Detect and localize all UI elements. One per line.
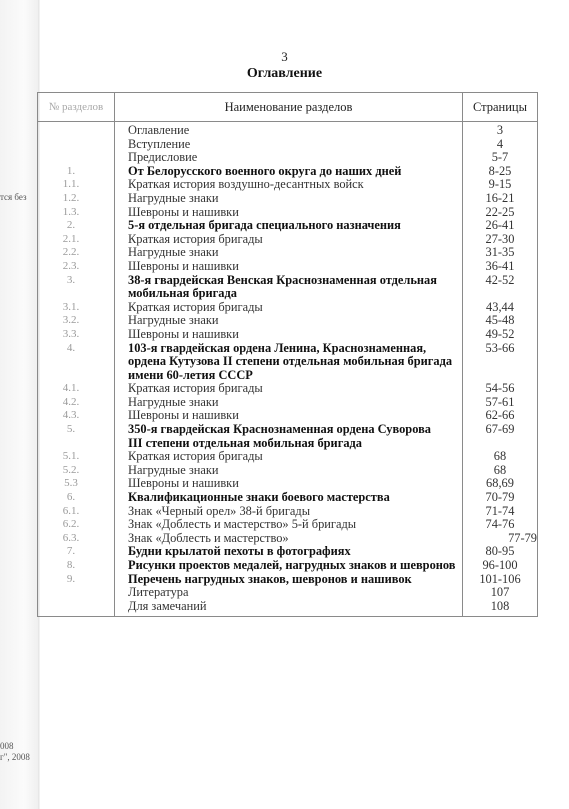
section-number: 4. xyxy=(38,342,115,356)
section-pages: 4 xyxy=(463,138,537,152)
section-title: Шевроны и нашивки xyxy=(115,260,463,274)
margin-fragment: тся без xyxy=(0,192,27,202)
section-title: Знак «Черный орел» 38-й бригады xyxy=(115,505,463,519)
table-row: 5.2.Нагрудные знаки68 xyxy=(38,464,537,478)
table-row: 6.1.Знак «Черный орел» 38-й бригады71-74 xyxy=(38,505,537,519)
section-pages: 107 xyxy=(463,586,537,600)
table-row: 4.1.Краткая история бригады54-56 xyxy=(38,382,537,396)
section-number: 1.1. xyxy=(38,178,115,192)
table-row: 4.103-я гвардейская ордена Ленина, Красн… xyxy=(38,342,537,356)
section-number: 1.2. xyxy=(38,192,115,206)
section-number xyxy=(38,437,115,451)
section-pages xyxy=(463,437,537,451)
table-row: 6.Квалификационные знаки боевого мастерс… xyxy=(38,491,537,505)
section-pages: 101-106 xyxy=(463,573,537,587)
section-pages: 77-79 xyxy=(463,532,537,546)
table-row: 7.Будни крылатой пехоты в фотографиях80-… xyxy=(38,545,537,559)
table-row: 4.2.Нагрудные знаки57-61 xyxy=(38,396,537,410)
table-row: 5.1.Краткая история бригады68 xyxy=(38,450,537,464)
table-of-contents: № разделов Наименование разделов Страниц… xyxy=(37,92,538,617)
section-title: Нагрудные знаки xyxy=(115,396,463,410)
section-number: 6.1. xyxy=(38,505,115,519)
table-row: 3.3.Шевроны и нашивки49-52 xyxy=(38,328,537,342)
section-number xyxy=(38,355,115,369)
section-pages: 8-25 xyxy=(463,165,537,179)
section-title: Нагрудные знаки xyxy=(115,314,463,328)
section-title: Литература xyxy=(115,586,463,600)
section-number: 4.2. xyxy=(38,396,115,410)
table-row: 2.1.Краткая история бригады27-30 xyxy=(38,233,537,247)
section-number: 6. xyxy=(38,491,115,505)
section-pages: 68 xyxy=(463,464,537,478)
section-pages: 9-15 xyxy=(463,178,537,192)
table-row: имени 60-летия СССР xyxy=(38,369,537,383)
section-pages: 49-52 xyxy=(463,328,537,342)
section-title: Будни крылатой пехоты в фотографиях xyxy=(115,545,463,559)
section-number xyxy=(38,151,115,165)
table-row: 1.3.Шевроны и нашивки22-25 xyxy=(38,206,537,220)
section-pages: 53-66 xyxy=(463,342,537,356)
cell-spacer xyxy=(463,613,537,616)
section-number: 4.1. xyxy=(38,382,115,396)
section-title: 5-я отдельная бригада специального назна… xyxy=(115,219,463,233)
table-row: 9.Перечень нагрудных знаков, шевронов и … xyxy=(38,573,537,587)
table-row: Для замечаний108 xyxy=(38,600,537,614)
binding-gutter xyxy=(0,0,40,809)
section-number: 7. xyxy=(38,545,115,559)
margin-fragment: г", 2008 xyxy=(0,752,30,762)
section-number: 9. xyxy=(38,573,115,587)
section-pages: 43,44 xyxy=(463,301,537,315)
header-section-number: № разделов xyxy=(38,93,115,121)
table-row: Предисловие5-7 xyxy=(38,151,537,165)
section-number: 2.1. xyxy=(38,233,115,247)
section-pages: 16-21 xyxy=(463,192,537,206)
table-row: 8.Рисунки проектов медалей, нагрудных зн… xyxy=(38,559,537,573)
section-number: 2. xyxy=(38,219,115,233)
table-row: 1.1.Краткая история воздушно-десантных в… xyxy=(38,178,537,192)
margin-fragment: 008 xyxy=(0,741,14,751)
section-title: Нагрудные знаки xyxy=(115,246,463,260)
table-row: 5.350-я гвардейская Краснознаменная орде… xyxy=(38,423,537,437)
table-row: Литература107 xyxy=(38,586,537,600)
table-row: 1.От Белорусского военного округа до наш… xyxy=(38,165,537,179)
section-pages: 5-7 xyxy=(463,151,537,165)
section-pages: 26-41 xyxy=(463,219,537,233)
section-pages: 27-30 xyxy=(463,233,537,247)
section-pages xyxy=(463,355,537,369)
section-pages: 57-61 xyxy=(463,396,537,410)
section-pages: 80-95 xyxy=(463,545,537,559)
section-pages: 22-25 xyxy=(463,206,537,220)
section-pages: 96-100 xyxy=(463,559,537,573)
section-pages: 54-56 xyxy=(463,382,537,396)
section-pages: 45-48 xyxy=(463,314,537,328)
section-number: 5. xyxy=(38,423,115,437)
section-number: 1. xyxy=(38,165,115,179)
section-title: Перечень нагрудных знаков, шевронов и на… xyxy=(115,573,463,587)
table-row: 2.5-я отдельная бригада специального наз… xyxy=(38,219,537,233)
table-row: 6.3.Знак «Доблесть и мастерство»77-79 xyxy=(38,532,537,546)
section-title: Предисловие xyxy=(115,151,463,165)
table-header: № разделов Наименование разделов Страниц… xyxy=(38,93,537,122)
section-pages: 68 xyxy=(463,450,537,464)
cell-spacer xyxy=(38,613,115,616)
table-row: 6.2.Знак «Доблесть и мастерство» 5-й бри… xyxy=(38,518,537,532)
section-title: Знак «Доблесть и мастерство» 5-й бригады xyxy=(115,518,463,532)
table-row: 4.3.Шевроны и нашивки62-66 xyxy=(38,409,537,423)
section-pages: 68,69 xyxy=(463,477,537,491)
section-title: Краткая история бригады xyxy=(115,301,463,315)
section-title: Шевроны и нашивки xyxy=(115,409,463,423)
section-title: Квалификационные знаки боевого мастерств… xyxy=(115,491,463,505)
table-row: 3.38-я гвардейская Венская Краснознаменн… xyxy=(38,274,537,288)
section-title: Оглавление xyxy=(115,124,463,138)
section-title: Краткая история бригады xyxy=(115,450,463,464)
section-number xyxy=(38,586,115,600)
table-row: III степени отдельная мобильная бригада xyxy=(38,437,537,451)
table-row: 2.2.Нагрудные знаки31-35 xyxy=(38,246,537,260)
section-number: 5.1. xyxy=(38,450,115,464)
table-body: Оглавление3Вступление4Предисловие5-71.От… xyxy=(38,122,537,616)
section-title: От Белорусского военного округа до наших… xyxy=(115,165,463,179)
section-title: Знак «Доблесть и мастерство» xyxy=(115,532,463,546)
section-title: Рисунки проектов медалей, нагрудных знак… xyxy=(115,559,463,573)
section-number xyxy=(38,600,115,614)
section-number: 1.3. xyxy=(38,206,115,220)
section-number: 6.2. xyxy=(38,518,115,532)
page-number: 3 xyxy=(0,49,569,65)
section-title: III степени отдельная мобильная бригада xyxy=(115,437,463,451)
table-row: 3.1.Краткая история бригады43,44 xyxy=(38,301,537,315)
section-number: 3.3. xyxy=(38,328,115,342)
section-pages: 67-69 xyxy=(463,423,537,437)
section-number xyxy=(38,369,115,383)
section-pages xyxy=(463,287,537,301)
section-title: Шевроны и нашивки xyxy=(115,477,463,491)
section-pages: 108 xyxy=(463,600,537,614)
header-section-name: Наименование разделов xyxy=(115,93,463,121)
section-number: 2.3. xyxy=(38,260,115,274)
table-row-spacer xyxy=(38,613,537,616)
section-pages: 62-66 xyxy=(463,409,537,423)
section-number: 8. xyxy=(38,559,115,573)
section-title: ордена Кутузова II степени отдельная моб… xyxy=(115,355,463,369)
table-row: 3.2.Нагрудные знаки45-48 xyxy=(38,314,537,328)
section-number: 3.2. xyxy=(38,314,115,328)
section-pages: 70-79 xyxy=(463,491,537,505)
section-pages: 71-74 xyxy=(463,505,537,519)
section-number xyxy=(38,138,115,152)
table-row: Оглавление3 xyxy=(38,124,537,138)
section-number: 5.2. xyxy=(38,464,115,478)
section-title: Краткая история воздушно-десантных войск xyxy=(115,178,463,192)
section-title: 103-я гвардейская ордена Ленина, Красноз… xyxy=(115,342,463,356)
table-row: Вступление4 xyxy=(38,138,537,152)
table-row: мобильная бригада xyxy=(38,287,537,301)
section-title: Нагрудные знаки xyxy=(115,464,463,478)
section-number: 3. xyxy=(38,274,115,288)
section-title: Краткая история бригады xyxy=(115,233,463,247)
table-row: 2.3.Шевроны и нашивки36-41 xyxy=(38,260,537,274)
section-title: имени 60-летия СССР xyxy=(115,369,463,383)
page-title: Оглавление xyxy=(0,66,569,82)
section-title: мобильная бригада xyxy=(115,287,463,301)
section-number: 6.3. xyxy=(38,532,115,546)
table-row: 1.2.Нагрудные знаки16-21 xyxy=(38,192,537,206)
table-row: 5.3Шевроны и нашивки68,69 xyxy=(38,477,537,491)
section-title: Краткая история бригады xyxy=(115,382,463,396)
section-title: Нагрудные знаки xyxy=(115,192,463,206)
section-pages: 42-52 xyxy=(463,274,537,288)
section-pages: 3 xyxy=(463,124,537,138)
section-title: Для замечаний xyxy=(115,600,463,614)
cell-spacer xyxy=(115,613,463,616)
section-title: Вступление xyxy=(115,138,463,152)
section-number: 4.3. xyxy=(38,409,115,423)
section-number: 2.2. xyxy=(38,246,115,260)
section-title: 38-я гвардейская Венская Краснознаменная… xyxy=(115,274,463,288)
section-title: Шевроны и нашивки xyxy=(115,206,463,220)
section-pages: 31-35 xyxy=(463,246,537,260)
header-pages: Страницы xyxy=(463,93,537,121)
section-pages: 36-41 xyxy=(463,260,537,274)
section-pages xyxy=(463,369,537,383)
section-number xyxy=(38,124,115,138)
section-title: 350-я гвардейская Краснознаменная ордена… xyxy=(115,423,463,437)
section-number xyxy=(38,287,115,301)
section-number: 3.1. xyxy=(38,301,115,315)
section-pages: 74-76 xyxy=(463,518,537,532)
section-number: 5.3 xyxy=(38,477,115,491)
section-title: Шевроны и нашивки xyxy=(115,328,463,342)
table-row: ордена Кутузова II степени отдельная моб… xyxy=(38,355,537,369)
